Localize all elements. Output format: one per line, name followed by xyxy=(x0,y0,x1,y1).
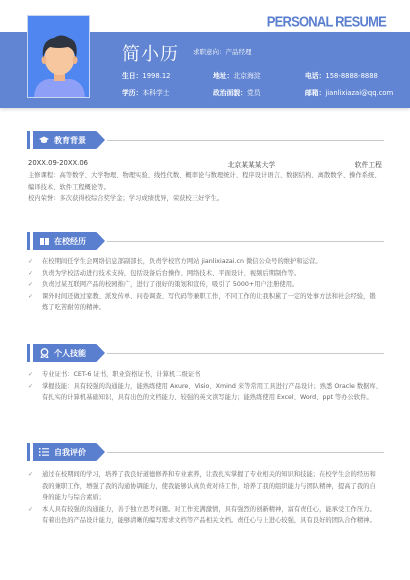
email-value[interactable]: jianlixiazai@qq.com xyxy=(325,89,393,97)
book-icon xyxy=(39,236,49,246)
political-info: 政治面貌：党员 xyxy=(213,87,261,97)
education-row: 20XX.09-20XX.06 北京某某某大学 软件工程 xyxy=(28,159,382,169)
check-icon: ✓ xyxy=(28,279,33,291)
section-header-education: 教育背景 xyxy=(27,131,384,149)
section-title: 个人技能 xyxy=(54,348,86,359)
section-tag: 在校经历 xyxy=(33,232,105,250)
person-avatar-icon xyxy=(28,16,90,98)
email-label: 邮箱： xyxy=(305,89,325,97)
personal-resume-title: PERSONAL RESUME xyxy=(267,13,386,30)
job-intent-label: 求职意向： xyxy=(193,48,226,56)
avatar xyxy=(27,15,90,98)
check-icon: ✓ xyxy=(28,268,33,280)
campus-list: ✓在校期间任学生会网络信息部副部长，负责学校官方网站 jianlixiazai.… xyxy=(28,256,382,314)
list-item: ✓掌握技能：具有较强的沟通能力，能熟练使用 Axure、Visio、Xmind … xyxy=(28,381,382,404)
list-item: ✓课外时间还做过家教、派发传单、问卷调查、写代码等兼职工作，不同工作的让我积累了… xyxy=(28,291,382,314)
section-accent-bar xyxy=(27,131,30,149)
section-tag: 自我评价 xyxy=(33,443,105,461)
check-icon: ✓ xyxy=(28,469,33,481)
email-info: 邮箱：jianlixiazai@qq.com xyxy=(305,87,393,97)
education-level-label: 学历： xyxy=(122,89,142,97)
political-label: 政治面貌： xyxy=(213,89,247,97)
education-school: 北京某某某大学 xyxy=(228,159,276,169)
job-intent: 求职意向：产品经理 xyxy=(193,47,252,56)
address-value: 北京海淀 xyxy=(233,72,260,80)
section-title: 自我评价 xyxy=(54,447,86,458)
section-accent-bar xyxy=(27,232,30,250)
check-icon: ✓ xyxy=(28,381,33,393)
section-header-evaluation: 自我评价 xyxy=(27,443,384,461)
section-divider xyxy=(107,241,384,242)
education-level-info: 学历：本科学士 xyxy=(122,87,170,97)
education-period: 20XX.09-20XX.06 xyxy=(28,159,88,169)
section-accent-bar xyxy=(27,443,30,461)
candidate-name: 简小历 xyxy=(122,40,179,66)
section-accent-bar xyxy=(27,344,30,362)
education-level-value: 本科学士 xyxy=(142,89,169,97)
birth-label: 生日： xyxy=(122,72,142,80)
list-item: ✓负责过某互联网产品的校园推广，进行了很好的策划和宣传，吸引了 5000+用户注… xyxy=(28,279,382,291)
check-icon: ✓ xyxy=(28,291,33,303)
section-header-skills: 个人技能 xyxy=(27,344,384,362)
political-value: 党员 xyxy=(247,89,261,97)
birth-value: 1998.12 xyxy=(142,72,170,80)
section-divider xyxy=(107,353,384,354)
list-item: ✓通过在校期间的学习，培养了我良好道德修养和专业素养，让我扎实掌握了专业相关的知… xyxy=(28,469,382,504)
check-icon: ✓ xyxy=(28,504,33,516)
section-tag: 个人技能 xyxy=(33,344,105,362)
phone-label: 电话： xyxy=(305,72,325,80)
birth-info: 生日：1998.12 xyxy=(122,70,171,80)
section-title: 教育背景 xyxy=(54,135,86,146)
award-icon xyxy=(39,348,49,358)
list-icon xyxy=(39,447,49,457)
skills-list: ✓专业证书：CET-6 证书，职业资格证书，计算机二级证书 ✓掌握技能：具有较强… xyxy=(28,369,382,404)
phone-value: 158-8888-8888 xyxy=(325,72,377,80)
list-item: ✓负责为学校活动进行技术支持，包括设备后台操作、网络技术、平面设计、视频后期制作… xyxy=(28,268,382,280)
list-item: ✓在校期间任学生会网络信息部副部长，负责学校官方网站 jianlixiazai.… xyxy=(28,256,382,268)
section-tag: 教育背景 xyxy=(33,131,105,149)
list-item: ✓专业证书：CET-6 证书，职业资格证书，计算机二级证书 xyxy=(28,369,382,381)
graduation-cap-icon xyxy=(39,135,49,145)
section-header-campus: 在校经历 xyxy=(27,232,384,250)
job-intent-value: 产品经理 xyxy=(226,48,252,56)
address-info: 地址：北京海淀 xyxy=(213,70,261,80)
list-item: ✓本人具有较强的沟通能力，善于独立思考问题。对工作充满激情，具有强烈的创新精神，… xyxy=(28,504,382,527)
evaluation-list: ✓通过在校期间的学习，培养了我良好道德修养和专业素养，让我扎实掌握了专业相关的知… xyxy=(28,469,382,527)
check-icon: ✓ xyxy=(28,256,33,268)
education-honors: 校内荣誉：多次获得校综合奖学金；学习成绩优异，荣获校三好学生。 xyxy=(28,193,382,205)
section-divider xyxy=(107,140,384,141)
education-courses: 主修课程：高等数学、大学物理、物理实验、线性代数、概率论与数理统计、程序设计语言… xyxy=(28,170,382,193)
address-label: 地址： xyxy=(213,72,233,80)
phone-info: 电话：158-8888-8888 xyxy=(305,70,378,80)
education-major: 软件工程 xyxy=(355,159,382,169)
section-title: 在校经历 xyxy=(54,236,86,247)
check-icon: ✓ xyxy=(28,369,33,381)
section-divider xyxy=(107,452,384,453)
